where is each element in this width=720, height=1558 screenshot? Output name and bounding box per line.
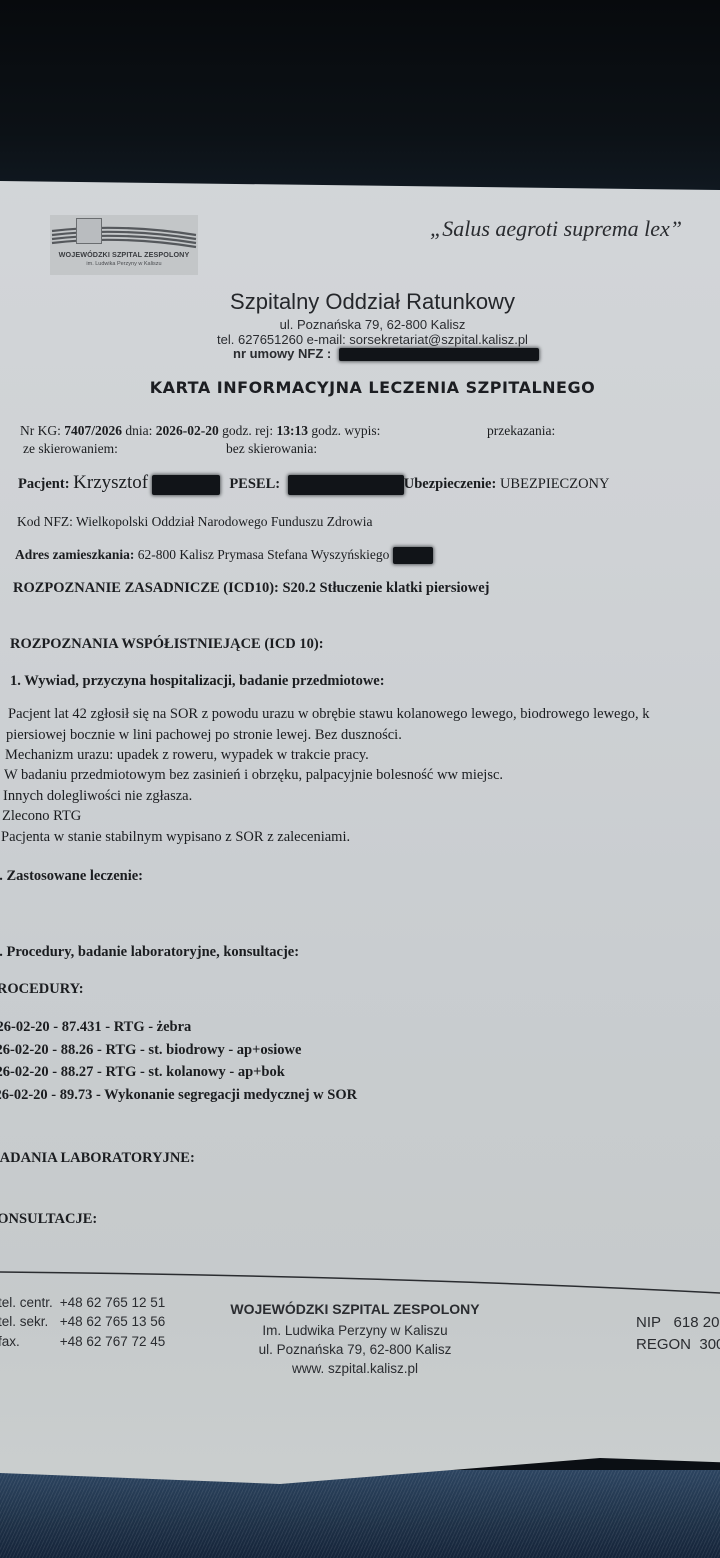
fax-value: +48 62 767 72 45: [60, 1334, 165, 1349]
phone-secretary: tel. sekr. +48 62 765 13 56: [0, 1314, 165, 1329]
procedure-item: 2026-02-20 - 88.26 - RTG - st. biodrowy …: [0, 1042, 301, 1059]
phone-central: tel. centr. +48 62 765 12 51: [0, 1295, 165, 1310]
date-label: dnia:: [125, 423, 152, 438]
history-line: W badaniu przedmiotowym bez zasinień i o…: [4, 767, 503, 784]
main-diagnosis-line: ROZPOZNANIE ZASADNICZE (ICD10): S20.2 St…: [13, 580, 490, 597]
address-line: Adres zamieszkania: 62-800 Kalisz Prymas…: [15, 547, 433, 564]
footer-org-web: www. szpital.kalisz.pl: [175, 1361, 535, 1376]
procedure-item: 2026-02-20 - 88.27 - RTG - st. kolanowy …: [0, 1064, 285, 1081]
date-value: 2026-02-20: [156, 423, 219, 438]
nr-kg-label: Nr KG:: [20, 423, 61, 438]
nfz-code-label: Kod NFZ:: [17, 514, 73, 529]
pesel-redaction: [288, 475, 404, 495]
motto: „Salus aegroti suprema lex”: [430, 216, 682, 242]
phone-secretary-value: +48 62 765 13 56: [60, 1314, 165, 1329]
lab-label: BADANIA LABORATORYJNE:: [0, 1150, 195, 1167]
history-line: Zlecono RTG: [2, 808, 81, 825]
registration-line: Nr KG: 7407/2026 dnia: 2026-02-20 godz. …: [20, 423, 380, 439]
logo-waves-icon: [50, 219, 198, 249]
fax: fax. +48 62 767 72 45: [0, 1334, 165, 1349]
nfz-contract-line: nr umowy NFZ :: [233, 346, 539, 361]
treatment-heading: 2. Zastosowane leczenie:: [0, 868, 143, 885]
logo-square-icon: [76, 218, 102, 244]
history-line: Pacjent lat 42 zgłosił się na SOR z powo…: [8, 706, 649, 723]
phone-central-value: +48 62 765 12 51: [60, 1295, 165, 1310]
nr-kg-value: 7407/2026: [64, 423, 122, 438]
phone-central-label: tel. centr.: [0, 1295, 56, 1310]
address-label: Adres zamieszkania:: [15, 547, 134, 562]
reg-time-value: 13:13: [277, 423, 309, 438]
department-contact: tel. 627651260 e-mail: sorsekretariat@sz…: [0, 332, 720, 347]
logo-name: WOJEWÓDZKI SZPITAL ZESPOLONY: [50, 250, 198, 259]
procedure-item: 2026-02-20 - 87.431 - RTG - żebra: [0, 1019, 191, 1036]
footer-org-address: ul. Poznańska 79, 62-800 Kalisz: [175, 1342, 535, 1357]
insurance-value: UBEZPIECZONY: [500, 476, 610, 492]
main-diagnosis-label: ROZPOZNANIE ZASADNICZE (ICD10):: [13, 580, 279, 596]
consult-label: KONSULTACJE:: [0, 1211, 97, 1228]
without-referral-label: bez skierowania:: [226, 441, 317, 457]
address-value: 62-800 Kalisz Prymasa Stefana Wyszyńskie…: [138, 547, 390, 562]
coexisting-diagnosis-label: ROZPOZNANIA WSPÓŁISTNIEJĄCE (ICD 10):: [10, 636, 324, 653]
regon-label: REGON: [636, 1336, 691, 1353]
history-line: piersiowej bocznie w lini pachowej po st…: [6, 727, 402, 744]
nfz-contract-redaction: [339, 348, 539, 361]
history-line: Mechanizm urazu: upadek z roweru, wypade…: [5, 747, 369, 764]
patient-line: Pacjent: Krzysztof PESEL: Ubezpieczenie:…: [18, 472, 610, 495]
reg-time-label: godz. rej:: [222, 423, 273, 438]
pesel-label: PESEL:: [229, 476, 280, 492]
insurance-label: Ubezpieczenie:: [404, 476, 497, 492]
department-title: Szpitalny Oddział Ratunkowy: [0, 289, 720, 315]
main-diagnosis-value: S20.2 Stłuczenie klatki piersiowej: [282, 580, 489, 596]
phone-secretary-label: tel. sekr.: [0, 1314, 56, 1329]
patient-first-name: Krzysztof: [73, 472, 148, 493]
footer-org-patron: Im. Ludwika Perzyny w Kaliszu: [175, 1323, 535, 1338]
history-heading: 1. Wywiad, przyczyna hospitalizacji, bad…: [10, 673, 385, 690]
nfz-code-value: Wielkopolski Oddział Narodowego Funduszu…: [76, 514, 372, 529]
address-number-redaction: [393, 547, 433, 564]
procedures-heading: 3. Procedury, badanie laboratoryjne, kon…: [0, 944, 299, 961]
nip: NIP 618 20: [636, 1314, 719, 1331]
patient-surname-redaction: [152, 475, 220, 495]
nip-value: 618 20: [674, 1314, 720, 1331]
nfz-contract-label: nr umowy NFZ :: [233, 346, 331, 361]
history-line: Innych dolegliwości nie zgłasza.: [3, 788, 192, 805]
footer-divider: [0, 1268, 720, 1298]
procedure-item: 2026-02-20 - 89.73 - Wykonanie segregacj…: [0, 1087, 357, 1104]
fax-label: fax.: [0, 1334, 56, 1349]
dark-background-top: [0, 0, 720, 190]
hospital-logo: WOJEWÓDZKI SZPITAL ZESPOLONY im. Ludwika…: [50, 215, 198, 275]
regon: REGON 300: [636, 1336, 720, 1353]
footer-org-name: WOJEWÓDZKI SZPITAL ZESPOLONY: [175, 1301, 535, 1317]
history-line: Pacjenta w stanie stabilnym wypisano z S…: [1, 829, 350, 846]
department-address: ul. Poznańska 79, 62-800 Kalisz: [0, 317, 720, 332]
transfer-label: przekazania:: [487, 423, 555, 439]
document-title: KARTA INFORMACYJNA LECZENIA SZPITALNEGO: [0, 378, 720, 397]
with-referral-label: ze skierowaniem:: [23, 441, 118, 457]
nfz-code-line: Kod NFZ: Wielkopolski Oddział Narodowego…: [17, 514, 372, 530]
denim-background-bottom: [0, 1470, 720, 1558]
procedures-label: PROCEDURY:: [0, 981, 84, 998]
regon-value: 300: [699, 1336, 720, 1353]
patient-label: Pacjent:: [18, 476, 70, 492]
logo-subtitle: im. Ludwika Perzyny w Kaliszu: [50, 261, 198, 267]
discharge-time-label: godz. wypis:: [311, 423, 380, 438]
nip-label: NIP: [636, 1314, 661, 1331]
